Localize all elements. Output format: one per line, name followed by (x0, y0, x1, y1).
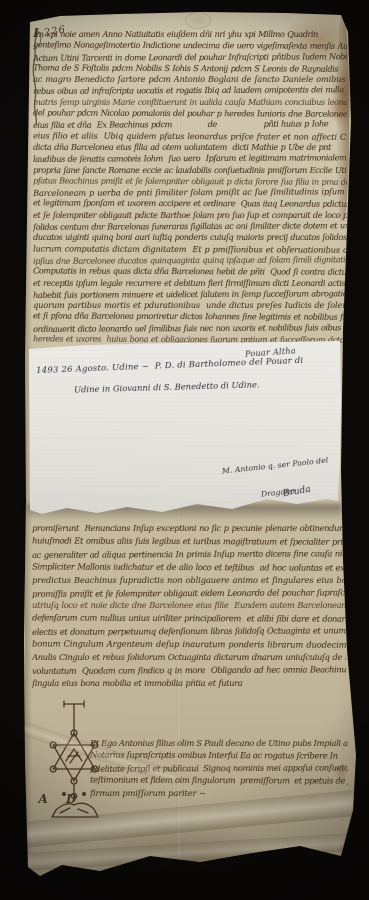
signum-letters: A D (34, 792, 88, 806)
archive-stamp-icon (185, 12, 211, 29)
archival-slip: Pouar Altha 1493 26 Agosto. Udine ~ P. D… (27, 341, 342, 517)
slip-parties-line: Udine in Giovanni di S. Benedetto di Udi… (74, 379, 260, 394)
photo-background: 226 In xpi noie amen Anno Natiuitatis ei… (0, 0, 369, 900)
manuscript-upper-text: In xpi noie amen Anno Natiuitatis eiuſde… (33, 28, 347, 345)
slip-notary-note-line2: Dragano (224, 482, 331, 502)
slip-date-line: 1493 26 Agosto. Udine ~ P. D. di Barthol… (36, 356, 304, 376)
slip-notary-note-line1: M. Antonio q. ser Paolo del (221, 456, 328, 476)
manuscript-lower-text: promiſerunt Renuncians Inſup exceptioni … (32, 522, 346, 690)
